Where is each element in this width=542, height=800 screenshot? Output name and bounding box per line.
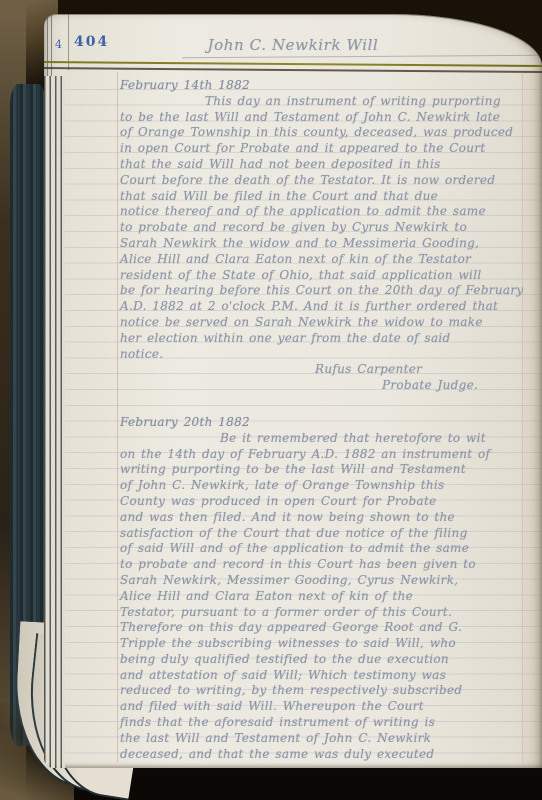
entry-february-14: February 14th 1882 This day an instrumen… <box>120 78 536 394</box>
entry-february-20: February 20th 1882 Be it remembered that… <box>120 415 536 763</box>
left-page-edge-lines <box>44 76 65 768</box>
ledger-page: 4 404 John C. Newkirk Will February 14th… <box>44 14 542 768</box>
handwritten-line: being duly qualified testified to the du… <box>120 652 536 668</box>
handwritten-line: Tripple the subscribing witnesses to sai… <box>120 636 536 652</box>
header-rule-olive <box>44 61 542 67</box>
handwritten-line: Alice Hill and Clara Eaton next of kin o… <box>120 252 536 268</box>
handwritten-line: of Orange Township in this county, decea… <box>120 125 536 141</box>
record-book-photo: 4 404 John C. Newkirk Will February 14th… <box>0 0 542 800</box>
handwritten-line: A.D. 1882 at 2 o'clock P.M. And it is fu… <box>120 299 536 315</box>
handwritten-line: to probate and record be given by Cyrus … <box>120 220 536 236</box>
handwritten-line: notice. <box>120 347 536 363</box>
handwritten-line: County was produced in open Court for Pr… <box>120 494 536 510</box>
handwritten-record-body: February 14th 1882 This day an instrumen… <box>120 78 536 762</box>
left-margin-line <box>117 72 118 762</box>
entry-body-lines: to be the last Will and Testament of Joh… <box>120 110 536 363</box>
handwritten-line: be for hearing before this Court on the … <box>120 283 536 299</box>
handwritten-line: Sarah Newkirk the widow and to Messimeri… <box>120 236 536 252</box>
handwritten-line: reduced to writing, by them respectively… <box>120 683 536 699</box>
handwritten-line: that the said Will had not been deposite… <box>120 157 536 173</box>
handwritten-line: notice thereof and of the application to… <box>120 204 536 220</box>
handwritten-line: Sarah Newkirk, Messimer Gooding, Cyrus N… <box>120 573 536 589</box>
handwritten-line: the last Will and Testament of John C. N… <box>120 731 536 747</box>
handwritten-line: and filed with said Will. Whereupon the … <box>120 699 536 715</box>
handwritten-line: that said Will be filed in the Court and… <box>120 189 536 205</box>
handwritten-line: to be the last Will and Testament of Joh… <box>120 110 536 126</box>
handwritten-line: deceased, and that the same was duly exe… <box>120 747 536 763</box>
entry-body-lines: on the 14th day of February A.D. 1882 an… <box>120 447 536 763</box>
handwritten-line: satisfaction of the Court that due notic… <box>120 526 536 542</box>
handwritten-line: on the 14th day of February A.D. 1882 an… <box>120 447 536 463</box>
handwritten-line: notice be served on Sarah Newkirk the wi… <box>120 315 536 331</box>
handwritten-line: finds that the aforesaid instrument of w… <box>120 715 536 731</box>
handwritten-line: to probate and record in this Court has … <box>120 557 536 573</box>
handwritten-line: of John C. Newkirk, late of Orange Towns… <box>120 478 536 494</box>
handwritten-line: of said Will and of the application to a… <box>120 541 536 557</box>
entry-opening-line: Be it remembered that heretofore to wit <box>120 431 536 447</box>
handwritten-line: and attestation of said Will; Which test… <box>120 668 536 684</box>
handwritten-line: and was then filed. And it now being sho… <box>120 510 536 526</box>
handwritten-line: resident of the State of Ohio, that said… <box>120 268 536 284</box>
handwritten-line: Therefore on this day appeared George Ro… <box>120 620 536 636</box>
entry-date: February 20th 1882 <box>120 415 536 431</box>
signature-probate-judge-name: Rufus Carpenter <box>315 362 536 378</box>
signature-probate-judge-title: Probate Judge. <box>382 378 536 394</box>
header-separator <box>44 14 542 76</box>
header-rule-dark <box>44 67 542 73</box>
handwritten-line: in open Court for Probate and it appeare… <box>120 141 536 157</box>
handwritten-line: Testator, pursuant to a former order of … <box>120 605 536 621</box>
handwritten-line: Court before the death of the Testator. … <box>120 173 536 189</box>
handwritten-line: Alice Hill and Clara Eaton next of kin o… <box>120 589 536 605</box>
entry-opening-line: This day an instrument of writing purpor… <box>120 94 536 110</box>
handwritten-line: her election within one year from the da… <box>120 331 536 347</box>
entry-date: February 14th 1882 <box>120 78 536 94</box>
handwritten-line: writing purporting to be the last Will a… <box>120 462 536 478</box>
